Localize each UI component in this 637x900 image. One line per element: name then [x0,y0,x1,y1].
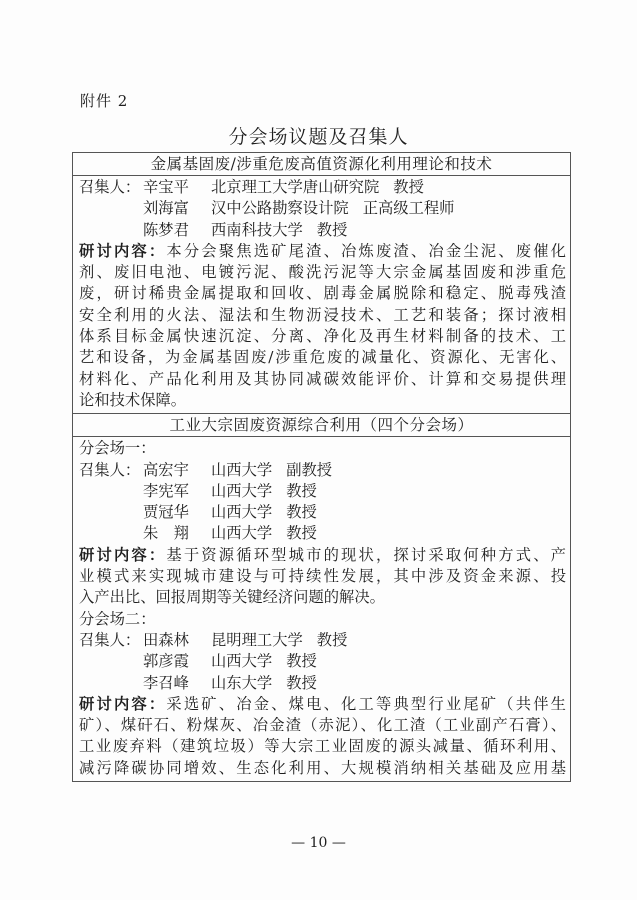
convener-row: 召集人： 辛宝平 北京理工大学唐山研究院 教授 [79,177,566,198]
content-line: 基于资源循环型城市的现状，探讨采取何种方式、产 [166,546,566,564]
section-body: 分会场一： 召集人： 高宏宇 山西大学 副教授 李宪军 山西大学 教授 贾冠华 … [73,437,570,781]
convener-name: 陈梦君 [143,220,211,241]
subsession-label: 分会场二： [79,609,566,630]
content-line: 减污降碳协同增效、生态化利用、大规模消纳相关基础及应用基 [79,758,566,779]
convener-title: 正高级工程师 [363,198,455,219]
convener-org: 昆明理工大学 [211,630,303,651]
convener-row: 刘海富 汉中公路勘察设计院 正高级工程师 [79,198,566,219]
convener-org: 山西大学 [211,502,272,523]
content-line: 材料化、产品化利用及其协同减碳效能评价、计算和交易提供理 [79,369,566,390]
convener-org: 汉中公路勘察设计院 [211,198,349,219]
subsession-label: 分会场一： [79,438,566,459]
convener-org: 山西大学 [211,481,272,502]
content-description: 研讨内容：基于资源循环型城市的现状，探讨采取何种方式、产 业模式来实现城市建设与… [79,545,566,609]
convener-title: 副教授 [286,460,332,481]
convener-row: 召集人： 高宏宇 山西大学 副教授 [79,460,566,481]
convener-row: 陈梦君 西南科技大学 教授 [79,220,566,241]
convener-name: 李召峰 [143,673,211,694]
content-label: 研讨内容： [79,242,166,260]
convener-label: 召集人： [79,177,143,198]
content-line: 艺和设备，为金属基固废/涉重危废的减量化、资源化、无害化、 [79,347,566,368]
convener-name: 李宪军 [143,481,211,502]
convener-title: 教授 [317,630,348,651]
content-line: 论和技术保障。 [79,390,566,411]
convener-row: 朱 翔 山西大学 教授 [79,523,566,544]
convener-row: 召集人： 田森林 昆明理工大学 教授 [79,630,566,651]
convener-title: 教授 [286,481,317,502]
content-label: 研讨内容： [79,695,166,713]
content-line: 废，研讨稀贵金属提取和回收、剧毒金属脱除和稳定、脱毒残渣 [79,283,566,304]
content-description: 研讨内容：本分会聚焦选矿尾渣、冶炼废渣、冶金尘泥、废催化 剂、废旧电池、电镀污泥… [79,241,566,411]
content-line: 入产出比、回报周期等关键经济问题的解决。 [79,587,566,608]
content-line: 体系目标金属快速沉淀、分离、净化及再生材料制备的技术、工 [79,326,566,347]
convener-org: 山西大学 [211,651,272,672]
convener-row: 郭彦霞 山西大学 教授 [79,651,566,672]
convener-name: 贾冠华 [143,502,211,523]
convener-org: 山西大学 [211,523,272,544]
convener-name: 郭彦霞 [143,651,211,672]
convener-row: 李宪军 山西大学 教授 [79,481,566,502]
content-line: 安全利用的火法、湿法和生物沥浸技术、工艺和装备；探讨液相 [79,305,566,326]
convener-name: 田森林 [143,630,211,651]
content-line: 本分会聚焦选矿尾渣、冶炼废渣、冶金尘泥、废催化 [166,242,566,260]
content-label: 研讨内容： [79,546,166,564]
attachment-label: 附件 2 [80,90,128,111]
page-title: 分会场议题及召集人 [0,122,637,149]
content-line: 业模式来实现城市建设与可持续性发展，其中涉及资金来源、投 [79,566,566,587]
content-line: 采选矿、冶金、煤电、化工等典型行业尾矿（共伴生 [166,695,566,713]
content-line: 工业废弃料（建筑垃圾）等大宗工业固废的源头减量、循环利用、 [79,736,566,757]
content-line: 矿）、煤矸石、粉煤灰、冶金渣（赤泥）、化工渣（工业副产石膏）、 [79,715,566,736]
convener-org: 山东大学 [211,673,272,694]
section-body: 召集人： 辛宝平 北京理工大学唐山研究院 教授 刘海富 汉中公路勘察设计院 正高… [73,176,570,414]
convener-name: 朱 翔 [143,523,211,544]
convener-org: 西南科技大学 [211,220,303,241]
convener-name: 高宏宇 [143,460,211,481]
convener-org: 北京理工大学唐山研究院 [211,177,379,198]
convener-row: 贾冠华 山西大学 教授 [79,502,566,523]
convener-title: 教授 [286,502,317,523]
session-table: 金属基固废/涉重危废高值资源化利用理论和技术 召集人： 辛宝平 北京理工大学唐山… [72,152,571,782]
content-line: 剂、废旧电池、电镀污泥、酸洗污泥等大宗金属基固废和涉重危 [79,262,566,283]
convener-title: 教授 [286,523,317,544]
convener-row: 李召峰 山东大学 教授 [79,673,566,694]
section-header: 金属基固废/涉重危废高值资源化利用理论和技术 [73,153,570,176]
content-description: 研讨内容：采选矿、冶金、煤电、化工等典型行业尾矿（共伴生 矿）、煤矸石、粉煤灰、… [79,694,566,779]
convener-title: 教授 [286,673,317,694]
convener-label: 召集人： [79,460,143,481]
convener-title: 教授 [286,651,317,672]
convener-name: 刘海富 [143,198,211,219]
convener-label: 召集人： [79,630,143,651]
section-header: 工业大宗固废资源综合利用（四个分会场） [73,414,570,437]
convener-title: 教授 [393,177,424,198]
convener-org: 山西大学 [211,460,272,481]
convener-title: 教授 [317,220,348,241]
convener-name: 辛宝平 [143,177,211,198]
page-number: — 10 — [0,835,637,851]
